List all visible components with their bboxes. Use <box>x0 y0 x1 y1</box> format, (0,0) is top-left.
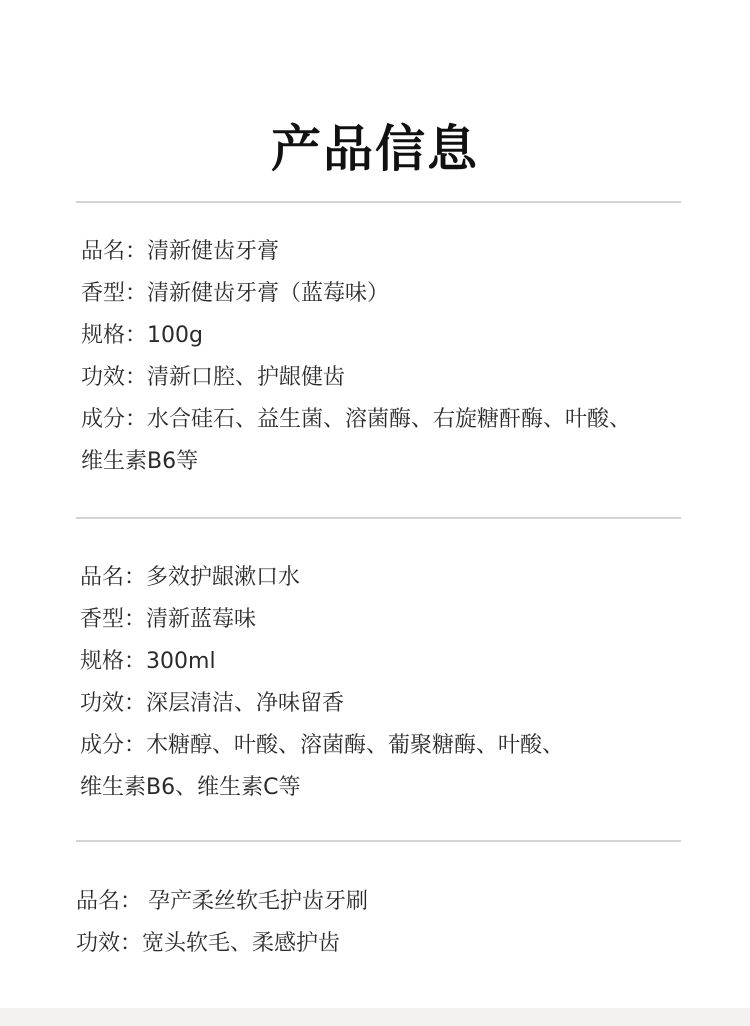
row-value: 水合硅石、益生菌、溶菌酶、右旋糖酐酶、叶酸、 <box>147 407 631 432</box>
info-row-effect: 功效：深层清洁、净味留香 <box>80 683 564 725</box>
row-value: 清新健齿牙膏（蓝莓味） <box>147 281 389 306</box>
info-row-ingredients-cont: 维生素B6、维生素C等 <box>80 767 564 809</box>
row-value: 清新口腔、护龈健齿 <box>147 365 345 390</box>
info-row-flavor: 香型：清新蓝莓味 <box>80 599 564 641</box>
info-row-ingredients-cont: 维生素B6等 <box>81 441 631 483</box>
row-label: 功效： <box>81 365 147 390</box>
info-row-name: 品名：多效护龈漱口水 <box>80 557 564 599</box>
info-row-flavor: 香型：清新健齿牙膏（蓝莓味） <box>81 273 631 315</box>
row-value: 100g <box>147 323 203 348</box>
footer-strip <box>0 1008 750 1026</box>
row-value: 深层清洁、净味留香 <box>146 691 344 716</box>
row-value: 维生素B6、维生素C等 <box>80 775 300 800</box>
row-value: 木糖醇、叶酸、溶菌酶、葡聚糖酶、叶酸、 <box>146 733 564 758</box>
info-row-ingredients: 成分：木糖醇、叶酸、溶菌酶、葡聚糖酶、叶酸、 <box>80 725 564 767</box>
row-value: 孕产柔丝软毛护齿牙刷 <box>142 889 368 914</box>
row-value: 维生素B6等 <box>81 449 198 474</box>
divider <box>76 201 681 203</box>
info-row-effect: 功效：宽头软毛、柔感护齿 <box>76 923 368 965</box>
row-value: 清新健齿牙膏 <box>147 239 279 264</box>
info-row-name: 品名：孕产柔丝软毛护齿牙刷 <box>76 881 368 923</box>
row-label: 香型： <box>81 281 147 306</box>
row-label: 成分： <box>80 733 146 758</box>
info-row-spec: 规格：100g <box>81 315 631 357</box>
info-row-effect: 功效：清新口腔、护龈健齿 <box>81 357 631 399</box>
row-label: 品名： <box>81 239 147 264</box>
row-label: 品名： <box>76 889 142 914</box>
row-label: 功效： <box>80 691 146 716</box>
row-label: 功效： <box>76 931 142 956</box>
info-row-ingredients: 成分：水合硅石、益生菌、溶菌酶、右旋糖酐酶、叶酸、 <box>81 399 631 441</box>
row-label: 品名： <box>80 565 146 590</box>
product-section-toothpaste: 品名：清新健齿牙膏 香型：清新健齿牙膏（蓝莓味） 规格：100g 功效：清新口腔… <box>81 231 631 483</box>
product-section-toothbrush: 品名：孕产柔丝软毛护齿牙刷 功效：宽头软毛、柔感护齿 <box>76 881 368 965</box>
row-value: 300ml <box>146 649 216 674</box>
product-section-mouthwash: 品名：多效护龈漱口水 香型：清新蓝莓味 规格：300ml 功效：深层清洁、净味留… <box>80 557 564 809</box>
row-value: 宽头软毛、柔感护齿 <box>142 931 340 956</box>
info-row-spec: 规格：300ml <box>80 641 564 683</box>
info-row-name: 品名：清新健齿牙膏 <box>81 231 631 273</box>
divider <box>76 517 681 519</box>
row-label: 成分： <box>81 407 147 432</box>
page-title: 产品信息 <box>0 114 750 184</box>
divider <box>76 840 681 842</box>
row-label: 规格： <box>81 323 147 348</box>
row-value: 清新蓝莓味 <box>146 607 256 632</box>
row-label: 香型： <box>80 607 146 632</box>
row-value: 多效护龈漱口水 <box>146 565 300 590</box>
row-label: 规格： <box>80 649 146 674</box>
